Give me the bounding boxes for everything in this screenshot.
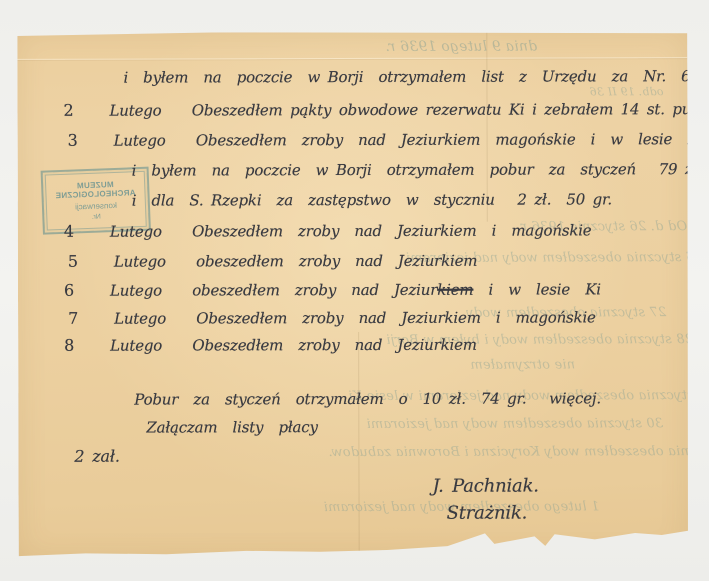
stamp-line: Nr. <box>92 213 101 220</box>
entry-text: Lutego Obeszedłem pąkty obwodowe rezerwa… <box>109 100 709 120</box>
entry-day: 5 <box>68 252 114 271</box>
entry-line: 2Lutego Obeszedłem pąkty obwodowe rezerw… <box>63 99 709 120</box>
entry-text: i byłem na poczcie w Borji otrzymałem li… <box>123 67 709 87</box>
entry-line: 6Lutego obeszedłem zroby nad Jeziurkiem … <box>64 279 601 299</box>
entry-text: i dla S. Rzepki za zastępstwo w styczniu… <box>132 190 612 209</box>
entry-text: Lutego obeszedłem zroby nad Jeziur <box>110 281 437 300</box>
entry-day: 2 <box>63 101 109 120</box>
entry-line: 5Lutego obeszedłem zroby nad Jeziurkiem <box>68 251 477 271</box>
attachment-count: 2 zał. <box>74 447 119 466</box>
entry-line: 4Lutego Obeszedłem zroby nad Jeziurkiem … <box>64 220 592 240</box>
entry-text: Lutego Obeszedłem zroby nad Jeziurkiem m… <box>114 130 703 150</box>
entry-line: 7Lutego Obeszedłem zroby nad Jeziurkiem … <box>68 307 596 327</box>
enclosure-note: Załączam listy płacy <box>146 418 317 436</box>
entry-text: i byłem na poczcie w Borji otrzymałem po… <box>132 160 709 180</box>
signature-role: Strażnik. <box>447 503 528 524</box>
document-scan: dnia 9 lutego 1936 r. odb. 19 II 36 Od d… <box>0 0 709 581</box>
entry-text: Lutego Obeszedłem zroby nad Jeziurkiem i… <box>114 308 596 327</box>
entry-day: 3 <box>68 131 114 150</box>
entry-line: i byłem na poczcie w Borji otrzymałem po… <box>66 160 709 180</box>
salary-note: Pobur za styczeń otrzymałem o 10 zł. 74 … <box>134 389 601 408</box>
entry-text: i w lesie Ki <box>473 280 600 298</box>
entry-day: 6 <box>64 281 110 300</box>
entry-day: 4 <box>64 222 110 241</box>
bleed-through-line: odb. 19 II 36 <box>589 85 663 98</box>
horizontal-fold-crease <box>17 57 687 60</box>
bleed-through-date: dnia 9 lutego 1936 r. <box>385 39 537 55</box>
entry-line: 3Lutego Obeszedłem zroby nad Jeziurkiem … <box>68 129 703 150</box>
entry-day: 7 <box>68 309 114 328</box>
bleed-through-line: 31 stycznia obeszedłem wody Korycizna i … <box>328 444 709 460</box>
signature-name: J. Pachniak. <box>432 476 538 497</box>
entry-text: Lutego Obeszedłem zroby nad Jeziurkiem i… <box>110 221 592 240</box>
bleed-through-line: 30 stycznia obeszedłem wody nad jezioram… <box>366 416 663 432</box>
paper-sheet: dnia 9 lutego 1936 r. odb. 19 II 36 Od d… <box>17 31 688 560</box>
entry-day: 8 <box>64 336 110 355</box>
bleed-through-line: nie otrzymałem <box>470 357 575 372</box>
entry-text: Lutego obeszedłem zroby nad Jeziurkiem <box>114 252 477 271</box>
entry-line: i dla S. Rzepki za zastępstwo w styczniu… <box>66 190 612 209</box>
entry-text: Lutego Obeszedłem zroby nad Jeziurkiem <box>110 336 477 355</box>
entry-line: i byłem na poczcie w Borji otrzymałem li… <box>65 67 709 87</box>
struck-text: kiem <box>437 281 473 299</box>
entry-line: 8Lutego Obeszedłem zroby nad Jeziurkiem <box>64 335 477 355</box>
